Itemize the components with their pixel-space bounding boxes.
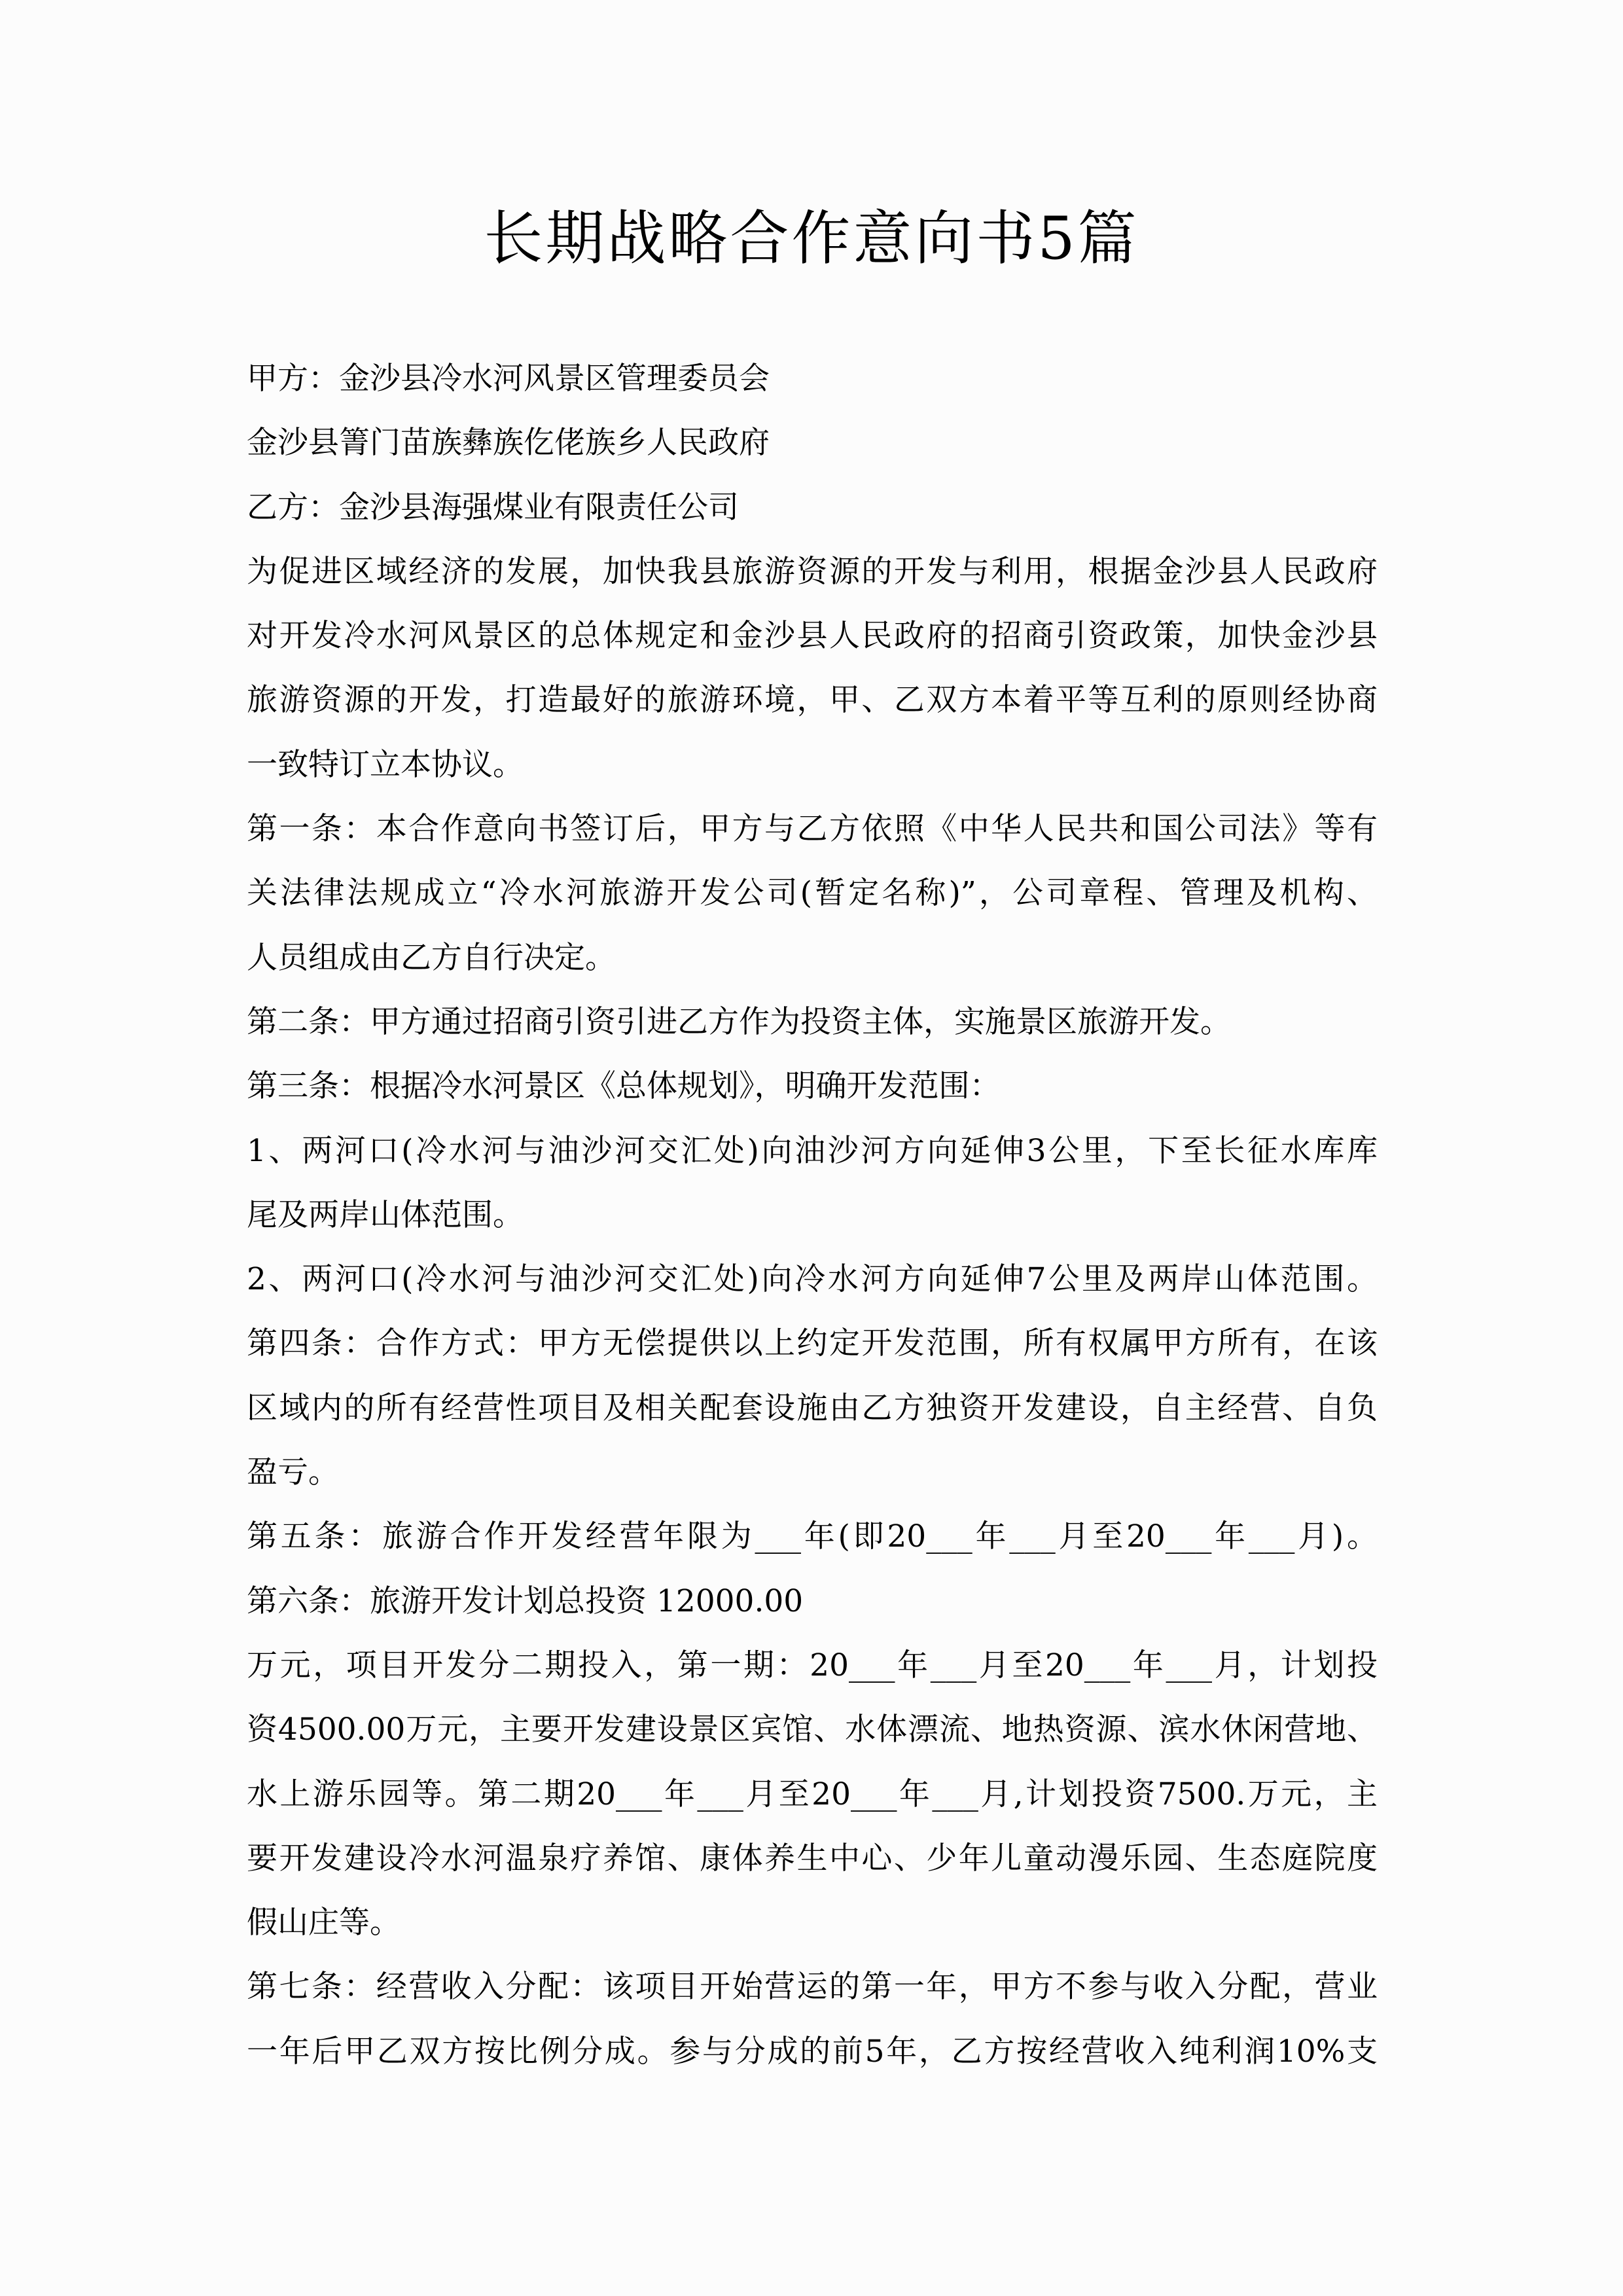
article-1-line: 关法律法规成立“冷水河旅游开发公司(暂定名称)”，公司章程、管理及机构、 xyxy=(247,861,1378,925)
party-b-line: 乙方：金沙县海强煤业有限责任公司 xyxy=(247,476,1385,540)
preamble-line: 一致特订立本协议。 xyxy=(247,733,1385,797)
article-7-line: 一年后甲乙双方按比例分成。参与分成的前5年，乙方按经营收入纯利润10%支 xyxy=(247,2020,1378,2084)
document-body: 甲方：金沙县冷水河风景区管理委员会 金沙县箐门苗族彝族仡佬族乡人民政府 乙方：金… xyxy=(247,347,1385,2084)
article-6-line: 水上游乐园等。第二期20___年___月至20___年___月,计划投资7500… xyxy=(247,1763,1378,1827)
article-1-line: 第一条：本合作意向书签订后，甲方与乙方依照《中华人民共和国公司法》等有 xyxy=(247,797,1378,861)
article-3-item-1-line: 尾及两岸山体范围。 xyxy=(247,1183,1385,1247)
article-3-item-2-line: 2、两河口(冷水河与油沙河交汇处)向冷水河方向延伸7公里及两岸山体范围。 xyxy=(247,1247,1378,1312)
article-4-line: 盈亏。 xyxy=(247,1441,1385,1505)
article-7-line: 第七条：经营收入分配：该项目开始营运的第一年，甲方不参与收入分配，营业 xyxy=(247,1955,1378,2019)
party-a-line: 甲方：金沙县冷水河风景区管理委员会 xyxy=(247,347,1385,411)
article-6-line: 万元，项目开发分二期投入，第一期：20___年___月至20___年___月，计… xyxy=(247,1634,1378,1698)
document-page: 长期战略合作意向书5篇 甲方：金沙县冷水河风景区管理委员会 金沙县箐门苗族彝族仡… xyxy=(0,0,1623,2296)
preamble-line: 旅游资源的开发，打造最好的旅游环境，甲、乙双方本着平等互利的原则经协商 xyxy=(247,668,1378,732)
article-6-line: 资4500.00万元，主要开发建设景区宾馆、水体漂流、地热资源、滨水休闲营地、 xyxy=(247,1698,1378,1762)
preamble-line: 对开发冷水河风景区的总体规定和金沙县人民政府的招商引资政策，加快金沙县 xyxy=(247,604,1378,668)
article-6-line: 第六条：旅游开发计划总投资 12000.00 xyxy=(247,1570,1385,1634)
document-title: 长期战略合作意向书5篇 xyxy=(0,196,1623,281)
article-4-line: 第四条：合作方式：甲方无偿提供以上约定开发范围，所有权属甲方所有，在该 xyxy=(247,1312,1378,1376)
article-1-line: 人员组成由乙方自行决定。 xyxy=(247,926,1385,990)
article-6-line: 要开发建设冷水河温泉疗养馆、康体养生中心、少年儿童动漫乐园、生态庭院度 xyxy=(247,1827,1378,1891)
article-6-line: 假山庄等。 xyxy=(247,1891,1385,1955)
preamble-line: 为促进区域经济的发展，加快我县旅游资源的开发与利用，根据金沙县人民政府 xyxy=(247,540,1378,604)
article-3-item-1-line: 1、两河口(冷水河与油沙河交汇处)向油沙河方向延伸3公里，下至长征水库库 xyxy=(247,1119,1378,1183)
party-a-second-line: 金沙县箐门苗族彝族仡佬族乡人民政府 xyxy=(247,411,1385,475)
article-5-line: 第五条：旅游合作开发经营年限为___年(即20___年___月至20___年__… xyxy=(247,1505,1378,1569)
article-2-line: 第二条：甲方通过招商引资引进乙方作为投资主体，实施景区旅游开发。 xyxy=(247,990,1385,1054)
article-4-line: 区域内的所有经营性项目及相关配套设施由乙方独资开发建设，自主经营、自负 xyxy=(247,1376,1378,1441)
article-3-line: 第三条：根据冷水河景区《总体规划》，明确开发范围： xyxy=(247,1054,1385,1119)
